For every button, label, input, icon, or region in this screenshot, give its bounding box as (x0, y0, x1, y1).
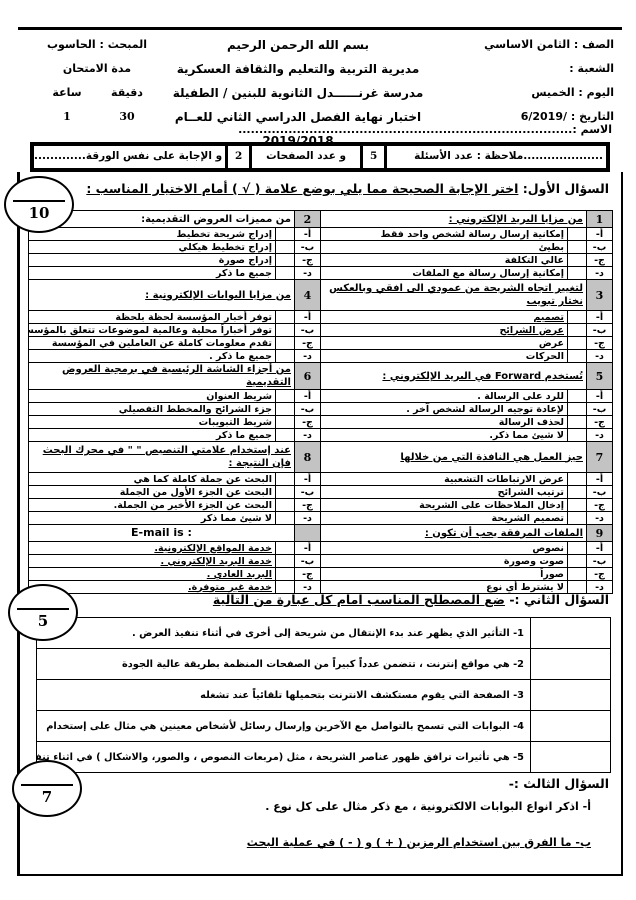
answer-checkbox-cell (275, 254, 294, 267)
mcq-option-row: ج-إدخال الملاحظات على الشريحةج-البحث عن … (28, 499, 612, 512)
question1-instruction: اختر الإجابة الصحيحة مما يلي بوضع علامة … (86, 181, 518, 196)
header-left: المبحث : الحاسوب مدة الامتحان دقيقة ساعة… (22, 33, 172, 153)
minutes-value: 30 (97, 105, 157, 129)
option-letter: أ- (294, 228, 320, 241)
term-statement: 1- التأثير الذي يظهر عند بدء الإنتقال من… (37, 618, 531, 649)
question2-heading: السؤال الثاني :- ضع المصطلح المناسب امام… (213, 592, 609, 607)
answer-checkbox-cell (275, 473, 294, 486)
answer-checkbox-cell (568, 568, 587, 581)
option-letter: ج- (294, 254, 320, 267)
mcq-question-row: 9الملفات المرفقة يجب أن تكون :E-mail is … (28, 525, 612, 542)
mcq-option-row: ب-لإعادة توجيه الرسالة لشخص آخر .ب-جزء ا… (28, 403, 612, 416)
mcq-option-row: أ-تصميمأ-توفر أخبار المؤسسة لحظة بلحظة (28, 311, 612, 324)
mcq-question-row: 1من مزايا البريد الإلكتروني :2من مميزات … (28, 211, 612, 228)
question1-title: السؤال الأول: (523, 181, 609, 196)
mcq-option-row: د-الحركاتد-جميع ما ذكر . (28, 350, 612, 363)
option-text: عرض الارتباطات التشعبية (320, 473, 567, 486)
option-text: الحركات (320, 350, 567, 363)
option-text: ترتيب الشرائح (320, 486, 567, 499)
term-answer-cell (531, 680, 611, 711)
answer-checkbox-cell (568, 390, 587, 403)
option-text: البحث عن الجزء الأخير من الجملة. (28, 499, 275, 512)
question-number: 6 (294, 363, 320, 390)
option-text: إدراج تخطيط هيكلي (28, 241, 275, 254)
option-letter: د- (294, 429, 320, 442)
mcq-question-row: 7حيز العمل هي النافذة التي من خلالها8عند… (28, 442, 612, 473)
mcq-question-row: 3لتغيير اتجاه الشريحة من عمودي الى افقي … (28, 280, 612, 311)
mcq-option-row: ج-عرضج-تقدم معلومات كاملة عن العاملين في… (28, 337, 612, 350)
question-text: تُستخدم Forward في البريد الإلكتروني : (320, 363, 586, 390)
option-text: عرض (320, 337, 567, 350)
term-statement: 4- البوابات التي تسمح بالتواصل مع الآخري… (37, 711, 531, 742)
school-line: مدرسة غرنــــــدل الثانوية للبنين / الطف… (172, 81, 424, 105)
answer-checkbox-cell (275, 241, 294, 254)
option-letter: أ- (587, 542, 613, 555)
section-line: الشعبة : (424, 57, 614, 81)
option-letter: د- (294, 350, 320, 363)
question-text: من مزايا البريد الإلكتروني : (320, 211, 586, 228)
option-text: البريد العادي . (28, 568, 275, 581)
option-letter: أ- (587, 390, 613, 403)
question3-item-b: ب- ما الفرق بين استخدام الرمزين ( + ) و … (247, 836, 591, 849)
score-value-q3: 7 (42, 786, 52, 809)
answer-checkbox-cell (568, 311, 587, 324)
mcq-option-row: ب-صوت وصورةب-خدمة البريد الإلكتروني . (28, 555, 612, 568)
option-text: صوت وصورة (320, 555, 567, 568)
option-letter: د- (587, 350, 613, 363)
option-letter: د- (587, 267, 613, 280)
option-text: تصميم (320, 311, 567, 324)
answer-checkbox-cell (275, 429, 294, 442)
duration-grid: دقيقة ساعة 30 1 (37, 81, 157, 129)
mcq-option-row: د-تصميم الشريحةد-لا شيئ مما ذكر (28, 512, 612, 525)
directorate-line: مديرية التربية والتعليم والثقافة العسكري… (172, 57, 424, 81)
answer-checkbox-cell (275, 416, 294, 429)
answer-checkbox-cell (568, 350, 587, 363)
term-row: 2- هي مواقع إنترنت ، تتضمن عدداً كبيراً … (37, 649, 611, 680)
term-statement: 2- هي مواقع إنترنت ، تتضمن عدداً كبيراً … (37, 649, 531, 680)
option-letter: ب- (587, 324, 613, 337)
subject-line: المبحث : الحاسوب (22, 33, 172, 57)
term-statement: 3- الصفحة التي يقوم مستكشف الانترنت بتحم… (37, 680, 531, 711)
option-letter: ب- (294, 403, 320, 416)
pages-count-label: و عدد الصفحات (252, 146, 360, 168)
option-letter: ج- (587, 568, 613, 581)
answer-checkbox-cell (568, 254, 587, 267)
question-text: E-mail is : (28, 525, 294, 542)
term-row: 4- البوابات التي تسمح بالتواصل مع الآخري… (37, 711, 611, 742)
question1-heading: السؤال الأول: اختر الإجابة الصحيحة مما ي… (86, 181, 609, 196)
term-row: 3- الصفحة التي يقوم مستكشف الانترنت بتحم… (37, 680, 611, 711)
duration-label: مدة الامتحان (22, 57, 172, 81)
answer-checkbox-cell (275, 555, 294, 568)
mcq-option-row: د-لا شيئ مما ذكر.د-جميع ما ذكر (28, 429, 612, 442)
option-letter: د- (587, 512, 613, 525)
option-letter: أ- (294, 311, 320, 324)
mcq-question-row: 5تُستخدم Forward في البريد الإلكتروني :6… (28, 363, 612, 390)
option-text: جميع ما ذكر . (28, 350, 275, 363)
option-letter: ب- (294, 241, 320, 254)
option-text: توفر أخبار المؤسسة لحظة بلحظة (28, 311, 275, 324)
question2-instruction: ضع المصطلح المناسب امام كل عبارة من التا… (213, 592, 505, 607)
answer-checkbox-cell (568, 555, 587, 568)
mcq-option-row: ب-عرض الشرائحب-توفر أخباراً محلية وعالمي… (28, 324, 612, 337)
question-number: 5 (587, 363, 613, 390)
option-text: خدمة المواقع الإلكترونية. (28, 542, 275, 555)
option-text: للرد على الرسالة . (320, 390, 567, 403)
term-answer-cell (531, 742, 611, 773)
option-text: نصوص (320, 542, 567, 555)
hour-label: ساعة (37, 81, 97, 105)
option-text: توفر أخباراً محلية وعالمية لموضوعات تتعل… (28, 324, 275, 337)
answer-checkbox-cell (275, 512, 294, 525)
mcq-option-row: ج-عالي التكلفةج-إدراج صورة (28, 254, 612, 267)
option-text: إدراج شريحة تخطيط (28, 228, 275, 241)
answer-checkbox-cell (568, 499, 587, 512)
mcq-option-row: ج-لحذف الرسالةج-شريط التبويبات (28, 416, 612, 429)
mcq-option-row: ب-ترتيب الشرائحب-البحث عن الجزء الأول من… (28, 486, 612, 499)
option-text: إدخال الملاحظات على الشريحة (320, 499, 567, 512)
option-text: لا شيئ مما ذكر (28, 512, 275, 525)
term-answer-cell (531, 711, 611, 742)
option-text: جميع ما ذكر (28, 429, 275, 442)
score-circle-q1: 10 (4, 176, 74, 233)
score-circle-q2: 5 (8, 584, 78, 641)
option-text: تصميم الشريحة (320, 512, 567, 525)
option-text: جزء الشرائح والمخطط التفصيلي (28, 403, 275, 416)
option-text: لحذف الرسالة (320, 416, 567, 429)
question-number: 7 (587, 442, 613, 473)
option-letter: أ- (587, 228, 613, 241)
terms-table-body: 1- التأثير الذي يظهر عند بدء الإنتقال من… (37, 618, 611, 773)
option-text: إمكانية إرسال رسالة لشخص واحد فقط (320, 228, 567, 241)
question-number: 1 (587, 211, 613, 228)
score-value-q1: 10 (29, 202, 50, 225)
question2-title: السؤال الثاني :- (509, 592, 609, 607)
option-text: إدراج صورة (28, 254, 275, 267)
option-letter: ب- (294, 486, 320, 499)
hours-value: 1 (37, 105, 97, 129)
answer-checkbox-cell (568, 473, 587, 486)
mcq-option-row: ب-بطيئب-إدراج تخطيط هيكلي (28, 241, 612, 254)
option-letter: ب- (294, 555, 320, 568)
option-text: بطيئ (320, 241, 567, 254)
option-letter: أ- (587, 311, 613, 324)
answer-checkbox-cell (275, 350, 294, 363)
question-number: 9 (587, 525, 613, 542)
answer-checkbox-cell (275, 337, 294, 350)
answer-checkbox-cell (568, 542, 587, 555)
answer-checkbox-cell (568, 486, 587, 499)
option-letter: ب- (587, 241, 613, 254)
term-row: 1- التأثير الذي يظهر عند بدء الإنتقال من… (37, 618, 611, 649)
notes-bar: ....................ملاحظة : عدد الأسئلة… (30, 142, 610, 172)
option-text: شريط العنوان (28, 390, 275, 403)
option-letter: ب- (587, 486, 613, 499)
answer-checkbox-cell (568, 241, 587, 254)
answer-checkbox-cell (275, 542, 294, 555)
mcq-option-row: ج-صوراًج-البريد العادي . (28, 568, 612, 581)
option-text: إمكانية إرسال رسالة مع الملفات (320, 267, 567, 280)
answer-checkbox-cell (568, 429, 587, 442)
option-text: عرض الشرائح (320, 324, 567, 337)
question-text: من أجزاء الشاشة الرئيسية في برمجية العرو… (28, 363, 294, 390)
answer-on-sheet-note: و الإجابة على نفس الورقة................… (34, 146, 225, 168)
question3-item-a: أ- اذكر انواع البوابات الالكترونية ، مع … (265, 800, 591, 813)
answer-checkbox-cell (275, 311, 294, 324)
option-letter: د- (294, 512, 320, 525)
option-letter: ج- (294, 337, 320, 350)
term-answer-cell (531, 618, 611, 649)
question-number: 3 (587, 280, 613, 311)
option-letter: أ- (294, 473, 320, 486)
option-letter: ب- (294, 324, 320, 337)
option-letter: ج- (587, 416, 613, 429)
mcq-option-row: أ-عرض الارتباطات التشعبيةأ-البحث عن جملة… (28, 473, 612, 486)
option-letter: د- (587, 429, 613, 442)
question-text: حيز العمل هي النافذة التي من خلالها (320, 442, 586, 473)
student-name-line: الاسم :.................................… (192, 123, 612, 136)
option-text: تقدم معلومات كاملة عن العاملين في المؤسس… (28, 337, 275, 350)
option-text: خدمة البريد الإلكتروني . (28, 555, 275, 568)
grade-line: الصف : الثامن الاساسي (424, 33, 614, 57)
answer-checkbox-cell (275, 403, 294, 416)
question-text: عند إستخدام علامتي التنصيص " " في محرك ا… (28, 442, 294, 473)
option-text: لإعادة توجيه الرسالة لشخص آخر . (320, 403, 567, 416)
option-text: جميع ما ذكر (28, 267, 275, 280)
answer-checkbox-cell (275, 228, 294, 241)
question-number: 2 (294, 211, 320, 228)
mcq-table-body: 1من مزايا البريد الإلكتروني :2من مميزات … (28, 211, 612, 594)
option-letter: أ- (294, 542, 320, 555)
option-text: صوراً (320, 568, 567, 581)
question-text: الملفات المرفقة يجب أن تكون : (320, 525, 586, 542)
basmala: بسم الله الرحمن الرحيم (172, 33, 424, 57)
option-letter: ج- (587, 254, 613, 267)
question-text: لتغيير اتجاه الشريحة من عمودي الى افقي و… (320, 280, 586, 311)
terms-table: 1- التأثير الذي يظهر عند بدء الإنتقال من… (36, 617, 611, 773)
option-letter: ج- (294, 499, 320, 512)
score-circle-q3: 7 (12, 760, 82, 817)
option-letter: د- (294, 267, 320, 280)
question-text: من مزايا البوابات الإلكترونية : (28, 280, 294, 311)
score-value-q2: 5 (38, 610, 48, 633)
questions-count: 5 (363, 146, 384, 168)
answer-checkbox-cell (568, 337, 587, 350)
minute-label: دقيقة (97, 81, 157, 105)
question-number: 4 (294, 280, 320, 311)
option-text: البحث عن الجزء الأول من الجملة (28, 486, 275, 499)
day-line: اليوم : الخميس (424, 81, 614, 105)
term-answer-cell (531, 649, 611, 680)
mcq-option-row: أ-للرد على الرسالة .أ-شريط العنوان (28, 390, 612, 403)
answer-checkbox-cell (568, 512, 587, 525)
answer-checkbox-cell (275, 486, 294, 499)
answer-checkbox-cell (568, 324, 587, 337)
answer-checkbox-cell (568, 228, 587, 241)
option-letter: ج- (587, 499, 613, 512)
option-text: شريط التبويبات (28, 416, 275, 429)
option-letter: ب- (587, 403, 613, 416)
answer-checkbox-cell (568, 403, 587, 416)
option-text: البحث عن جملة كاملة كما هي (28, 473, 275, 486)
answer-checkbox-cell (275, 267, 294, 280)
answer-checkbox-cell (568, 267, 587, 280)
option-text: لا شيئ مما ذكر. (320, 429, 567, 442)
option-letter: ج- (294, 568, 320, 581)
pages-count: 2 (228, 146, 249, 168)
mcq-option-row: د-إمكانية إرسال رسالة مع الملفاتد-جميع م… (28, 267, 612, 280)
answer-checkbox-cell (275, 390, 294, 403)
note-questions-count-label: ....................ملاحظة : عدد الأسئلة (387, 146, 606, 168)
answer-checkbox-cell (275, 324, 294, 337)
exam-page: الصف : الثامن الاساسي الشعبة : اليوم : ا… (0, 0, 636, 900)
mcq-table: 1من مزايا البريد الإلكتروني :2من مميزات … (28, 210, 613, 594)
mcq-option-row: أ-نصوصأ-خدمة المواقع الإلكترونية. (28, 542, 612, 555)
question-number: 8 (294, 442, 320, 473)
answer-checkbox-cell (275, 499, 294, 512)
option-letter: ج- (294, 416, 320, 429)
answer-checkbox-cell (275, 568, 294, 581)
option-letter: ج- (587, 337, 613, 350)
top-rule (18, 27, 622, 30)
term-row: 5- هي تأثيرات ترافق ظهور عناصر الشريحة ،… (37, 742, 611, 773)
option-letter: أ- (294, 390, 320, 403)
question-number (294, 525, 320, 542)
content-frame: السؤال الأول: اختر الإجابة الصحيحة مما ي… (17, 172, 623, 876)
option-text: عالي التكلفة (320, 254, 567, 267)
option-letter: ب- (587, 555, 613, 568)
mcq-option-row: أ-إمكانية إرسال رسالة لشخص واحد فقطأ-إدر… (28, 228, 612, 241)
term-statement: 5- هي تأثيرات ترافق ظهور عناصر الشريحة ،… (37, 742, 531, 773)
option-letter: أ- (587, 473, 613, 486)
question3-heading: السؤال الثالث :- (509, 776, 609, 791)
answer-checkbox-cell (568, 416, 587, 429)
